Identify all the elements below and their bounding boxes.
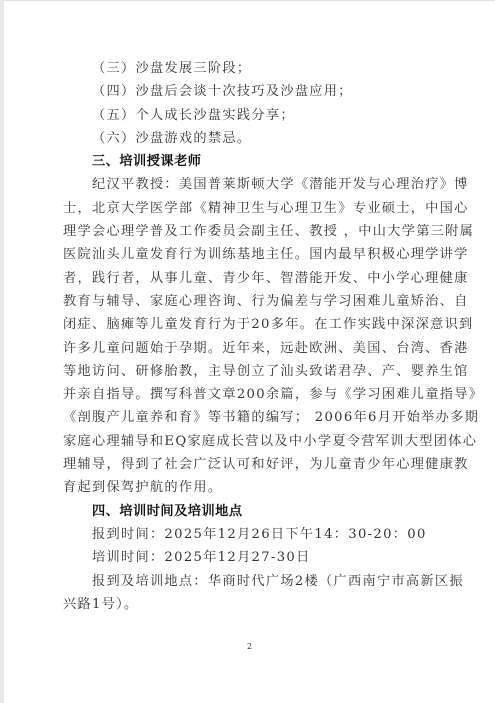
page-number: 2	[4, 642, 495, 651]
list-item-4: （四）沙盘后会谈十次技巧及沙盘应用；	[63, 80, 439, 103]
paragraph-line: 许多儿童问题始于孕期。近年来，远赴欧洲、美国、台湾、香港	[63, 337, 439, 360]
paragraph-line: 《剖腹产儿童养和育》等书籍的编写； 2006年6月开始举办多期	[63, 406, 439, 429]
paragraph-line: 并亲自指导。撰写科普文章200余篇，参与《学习困难儿童指导》	[63, 383, 439, 406]
instructor-bio-paragraph: 纪汉平教授：美国普莱斯顿大学《潜能开发与心理治疗》博 士，北京大学医学部《精神卫…	[63, 173, 439, 499]
document-page: （三）沙盘发展三阶段； （四）沙盘后会谈十次技巧及沙盘应用； （五）个人成长沙盘…	[4, 1, 495, 703]
paragraph-line: 育起到保驾护航的作用。	[63, 476, 439, 499]
paragraph-line: 士，北京大学医学部《精神卫生与心理卫生》专业硕士，中国心	[63, 197, 439, 220]
paragraph-line: 等地访问、研修胎教，主导创立了汕头致诺君孕、产、婴养生馆	[63, 360, 439, 383]
training-location: 报到及培训地点：华商时代广场2楼（广西南宁市高新区振 兴路1号）。	[63, 570, 439, 617]
training-time: 培训时间：2025年12月27-30日	[63, 546, 439, 569]
paragraph-line: 者，践行者，从事儿童、青少年、智潜能开发、中小学心理健康	[63, 267, 439, 290]
paragraph-line: 教育与辅导、家庭心理咨询、行为偏差与学习困难儿童矫治、自	[63, 290, 439, 313]
location-line: 兴路1号）。	[63, 593, 439, 616]
paragraph-line: 理学会心理学普及工作委员会副主任、教授 ，中山大学第三附属	[63, 220, 439, 243]
page-content: （三）沙盘发展三阶段； （四）沙盘后会谈十次技巧及沙盘应用； （五）个人成长沙盘…	[63, 57, 439, 616]
list-item-5: （五）个人成长沙盘实践分享；	[63, 104, 439, 127]
paragraph-line: 闭症、脑瘫等儿童发育行为于20多年。在工作实践中深深意识到	[63, 313, 439, 336]
list-item-3: （三）沙盘发展三阶段；	[63, 57, 439, 80]
paragraph-line: 家庭心理辅导和EQ家庭成长营以及中小学夏令营军训大型团体心	[63, 430, 439, 453]
registration-time: 报到时间：2025年12月26日下午14：30-20：00	[63, 523, 439, 546]
list-item-6: （六）沙盘游戏的禁忌。	[63, 127, 439, 150]
paragraph-line: 纪汉平教授：美国普莱斯顿大学《潜能开发与心理治疗》博	[63, 173, 439, 196]
document-viewer: （三）沙盘发展三阶段； （四）沙盘后会谈十次技巧及沙盘应用； （五）个人成长沙盘…	[0, 0, 495, 703]
paragraph-line: 医院汕头儿童发育行为训练基地主任。国内最早积极心理学讲学	[63, 243, 439, 266]
section-heading-time-location: 四、培训时间及培训地点	[63, 500, 439, 523]
paragraph-line: 理辅导，得到了社会广泛认可和好评，为儿童青少年心理健康教	[63, 453, 439, 476]
section-heading-instructor: 三、培训授课老师	[63, 150, 439, 173]
location-line: 报到及培训地点：华商时代广场2楼（广西南宁市高新区振	[63, 570, 439, 593]
